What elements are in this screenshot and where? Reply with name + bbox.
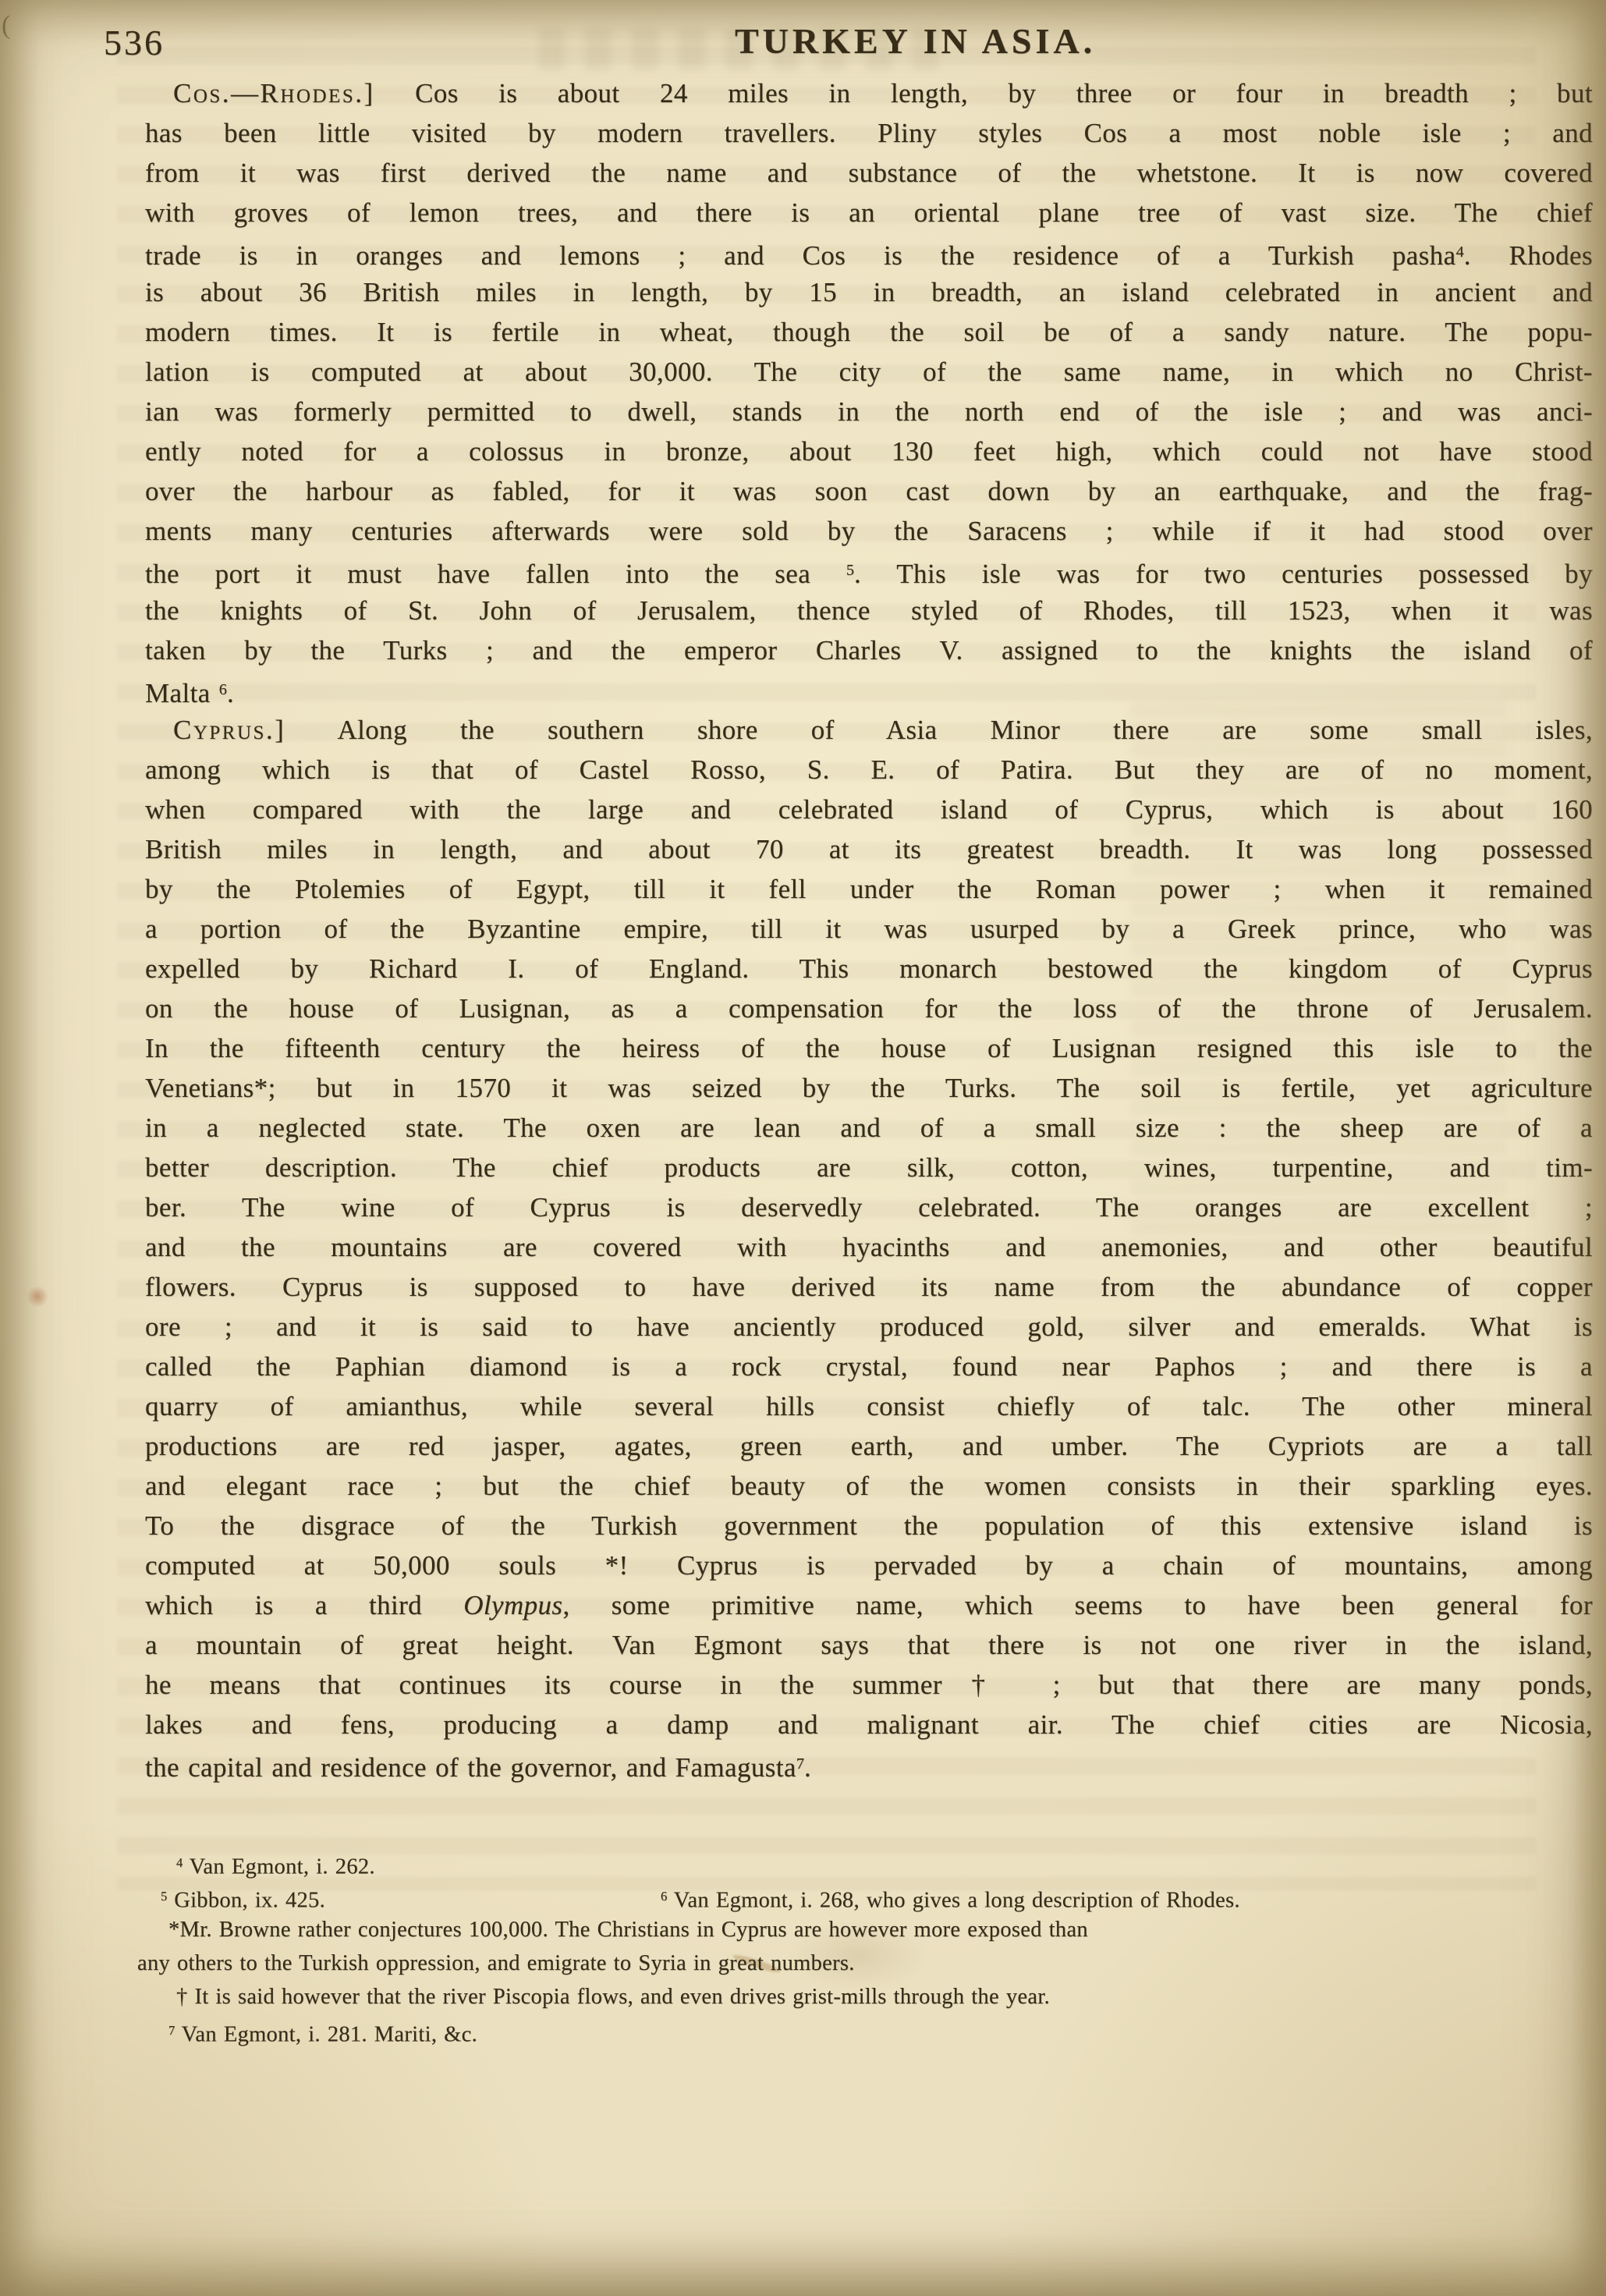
text-segment: among which is that of Castel Rosso, S. … <box>145 754 1593 785</box>
text-segment: Van Egmont, i. 262. <box>183 1854 375 1879</box>
text-line: In the fifteenth century the heiress of … <box>145 1028 1593 1068</box>
text-segment: 7 <box>796 1755 804 1773</box>
text-segment: Malta <box>145 678 219 708</box>
text-segment: expelled by Richard I. of England. This … <box>145 953 1593 984</box>
text-segment: Gibbon, ix. 425. <box>167 1888 325 1912</box>
text-segment: with groves of lemon trees, and there is… <box>145 197 1593 228</box>
text-segment: Venetians*; but in 1570 it was seized by… <box>145 1073 1593 1103</box>
text-segment: taken by the Turks ; and the emperor Cha… <box>145 635 1593 665</box>
text-line: called the Paphian diamond is a rock cry… <box>145 1347 1593 1386</box>
text-segment: quarry of amianthus, while several hills… <box>145 1391 1593 1421</box>
text-segment: productions are red jasper, agates, gree… <box>145 1431 1593 1461</box>
text-segment: ently noted for a colossus in bronze, ab… <box>145 436 1593 467</box>
text-segment: on the house of Lusignan, as a compensat… <box>145 993 1593 1024</box>
text-line: a portion of the Byzantine empire, till … <box>145 909 1593 949</box>
text-segment: by the Ptolemies of Egypt, till it fell … <box>145 874 1593 904</box>
text-line: ments many centuries afterwards were sol… <box>145 511 1593 551</box>
text-segment: modern times. It is fertile in wheat, th… <box>145 317 1593 347</box>
text-segment: a mountain of great height. Van Egmont s… <box>145 1630 1593 1660</box>
text-line: and the mountains are covered with hyaci… <box>145 1227 1593 1267</box>
text-line: is about 36 British miles in length, by … <box>145 272 1593 312</box>
text-line: which is a third Olympus, some primitive… <box>145 1585 1593 1625</box>
text-line: trade is in oranges and lemons ; and Cos… <box>145 232 1593 272</box>
text-segment: In the fifteenth century the heiress of … <box>145 1033 1593 1063</box>
text-segment: . <box>227 678 234 708</box>
text-line: Cyprus.] Along the southern shore of Asi… <box>145 710 1593 750</box>
text-line: when compared with the large and celebra… <box>145 790 1593 829</box>
ink-stain <box>27 1286 48 1308</box>
text-line: he means that continues its course in th… <box>145 1665 1593 1705</box>
text-line: on the house of Lusignan, as a compensat… <box>145 988 1593 1028</box>
text-segment: *Mr. Browne rather conjectures 100,000. … <box>168 1918 1088 1942</box>
text-segment: he means that continues its course in th… <box>145 1670 1593 1700</box>
text-segment: Van Egmont, i. 268, who gives a long des… <box>667 1888 1240 1912</box>
text-line: with groves of lemon trees, and there is… <box>145 193 1593 232</box>
footnote-line: any others to the Turkish oppression, an… <box>145 1946 1606 1980</box>
text-line: modern times. It is fertile in wheat, th… <box>145 312 1593 352</box>
text-segment: the port it must have fallen into the se… <box>145 559 846 589</box>
text-line: flowers. Cyprus is supposed to have deri… <box>145 1267 1593 1307</box>
text-line: British miles in length, and about 70 at… <box>145 829 1593 869</box>
page-number: 536 <box>104 22 165 63</box>
text-segment: in a neglected state. The oxen are lean … <box>145 1113 1593 1143</box>
text-segment: ber. The wine of Cyprus is deservedly ce… <box>145 1192 1593 1223</box>
text-line: taken by the Turks ; and the emperor Cha… <box>145 630 1593 670</box>
text-segment: flowers. Cyprus is supposed to have deri… <box>145 1272 1593 1302</box>
text-segment: ian was formerly permitted to dwell, sta… <box>145 396 1593 427</box>
footnote-line: 7 Van Egmont, i. 281. Mariti, &c. <box>145 2014 1606 2047</box>
text-segment: lakes and fens, producing a damp and mal… <box>145 1709 1593 1740</box>
text-segment: is about 36 British miles in length, by … <box>145 277 1593 307</box>
text-segment: Cos.—Rhodes.] <box>173 78 375 108</box>
text-line: and elegant race ; but the chief beauty … <box>145 1466 1593 1506</box>
text-segment: over the harbour as fabled, for it was s… <box>145 476 1593 506</box>
text-line: ber. The wine of Cyprus is deservedly ce… <box>145 1187 1593 1227</box>
text-line: among which is that of Castel Rosso, S. … <box>145 750 1593 790</box>
text-line: productions are red jasper, agates, gree… <box>145 1426 1593 1466</box>
text-line: has been little visited by modern travel… <box>145 113 1593 153</box>
text-segment: trade is in oranges and lemons ; and Cos… <box>145 240 1456 271</box>
text-segment: 4 <box>1456 243 1464 261</box>
text-line: Venetians*; but in 1570 it was seized by… <box>145 1068 1593 1108</box>
text-segment: ments many centuries afterwards were sol… <box>145 516 1593 546</box>
body-text: Cos.—Rhodes.] Cos is about 24 miles in l… <box>145 73 1593 1784</box>
text-segment: and elegant race ; but the chief beauty … <box>145 1471 1593 1501</box>
text-segment: ore ; and it is said to have anciently p… <box>145 1311 1593 1342</box>
text-line: the knights of St. John of Jerusalem, th… <box>145 591 1593 630</box>
text-line: Cos.—Rhodes.] Cos is about 24 miles in l… <box>145 73 1593 113</box>
text-segment: Along the southern shore of Asia Minor t… <box>285 715 1593 745</box>
text-segment: better description. The chief products a… <box>145 1152 1593 1183</box>
text-segment: the knights of St. John of Jerusalem, th… <box>145 595 1593 626</box>
text-segment: a portion of the Byzantine empire, till … <box>145 914 1593 944</box>
text-line: computed at 50,000 souls *! Cyprus is pe… <box>145 1545 1593 1585</box>
text-line: better description. The chief products a… <box>145 1148 1593 1187</box>
text-segment: 5 <box>846 562 854 579</box>
text-line: expelled by Richard I. of England. This … <box>145 949 1593 988</box>
footnotes: 4 Van Egmont, i. 262.5 Gibbon, ix. 425.6… <box>145 1846 1606 2047</box>
text-line: the capital and residence of the governo… <box>145 1744 1593 1784</box>
text-segment: 6 <box>219 681 227 698</box>
text-line: the port it must have fallen into the se… <box>145 551 1593 591</box>
text-line: To the disgrace of the Turkish governmen… <box>145 1506 1593 1545</box>
text-segment: called the Paphian diamond is a rock cry… <box>145 1351 1593 1382</box>
corner-mark: ( <box>2 11 10 41</box>
text-segment: and the mountains are covered with hyaci… <box>145 1232 1593 1262</box>
text-line: ian was formerly permitted to dwell, sta… <box>145 392 1593 431</box>
text-segment: . This isle was for two centuries posses… <box>854 559 1593 589</box>
text-segment: To the disgrace of the Turkish governmen… <box>145 1510 1593 1541</box>
text-segment: . Rhodes <box>1464 240 1593 271</box>
text-segment: which is a third <box>145 1590 463 1620</box>
text-line: Malta 6. <box>145 670 1593 710</box>
text-line: ently noted for a colossus in bronze, ab… <box>145 431 1593 471</box>
text-segment: Olympus <box>463 1590 562 1620</box>
text-segment: British miles in length, and about 70 at… <box>145 834 1593 864</box>
text-segment: when compared with the large and celebra… <box>145 794 1593 825</box>
footnote-line: 4 Van Egmont, i. 262. <box>145 1846 1606 1879</box>
footnote-line: *Mr. Browne rather conjectures 100,000. … <box>145 1913 1606 1946</box>
text-line: over the harbour as fabled, for it was s… <box>145 471 1593 511</box>
text-line: by the Ptolemies of Egypt, till it fell … <box>145 869 1593 909</box>
text-line: lakes and fens, producing a damp and mal… <box>145 1705 1593 1744</box>
footnote-line: † It is said however that the river Pisc… <box>145 1980 1606 2014</box>
book-page: ( 536 TURKEY IN ASIA. Cos.—Rhodes.] Cos … <box>0 0 1606 2296</box>
text-segment: Cyprus.] <box>173 715 285 745</box>
text-segment: , some primitive name, which seems to ha… <box>562 1590 1593 1620</box>
text-segment: computed at 50,000 souls *! Cyprus is pe… <box>145 1550 1593 1581</box>
text-line: lation is computed at about 30,000. The … <box>145 352 1593 392</box>
text-segment: † It is said however that the river Pisc… <box>176 1985 1050 2009</box>
text-line: quarry of amianthus, while several hills… <box>145 1386 1593 1426</box>
text-segment: lation is computed at about 30,000. The … <box>145 357 1593 387</box>
text-segment: has been little visited by modern travel… <box>145 118 1593 148</box>
text-segment: . <box>804 1752 811 1783</box>
text-line: ore ; and it is said to have anciently p… <box>145 1307 1593 1347</box>
footnote-line: 5 Gibbon, ix. 425.6 Van Egmont, i. 268, … <box>145 1879 1606 1913</box>
text-segment: from it was first derived the name and s… <box>145 158 1593 188</box>
text-segment: any others to the Turkish oppression, an… <box>137 1951 855 1975</box>
text-segment: Van Egmont, i. 281. Mariti, &c. <box>175 2022 477 2046</box>
page-header: TURKEY IN ASIA. <box>735 20 1096 62</box>
text-segment: Cos is about 24 miles in length, by thre… <box>375 78 1593 108</box>
text-line: from it was first derived the name and s… <box>145 153 1593 193</box>
text-segment: the capital and residence of the governo… <box>145 1752 796 1783</box>
text-line: in a neglected state. The oxen are lean … <box>145 1108 1593 1148</box>
text-line: a mountain of great height. Van Egmont s… <box>145 1625 1593 1665</box>
